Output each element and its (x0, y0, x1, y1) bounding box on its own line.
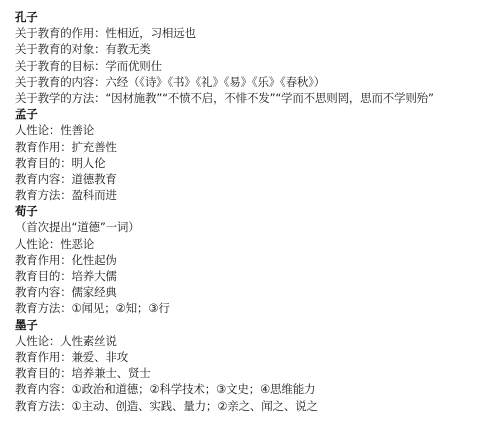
document-body: 孔子 关于教育的作用：性相近，习相远也 关于教育的对象：有教无类 关于教育的目标… (15, 9, 495, 414)
mozi-education-method: 教育方法：①主动、创造、实践、量力；②亲之、闻之、说之 (15, 398, 495, 414)
mozi-education-goal: 教育目的：培养兼士、贤士 (15, 365, 495, 381)
xunzi-human-nature: 人性论：性恶论 (15, 236, 495, 252)
xunzi-education-function: 教育作用：化性起伪 (15, 252, 495, 268)
kongzi-education-content: 关于教育的内容：六经（《诗》《书》《礼》《易》《乐》《春秋》） (15, 74, 495, 90)
kongzi-education-goal: 关于教育的目标：学而优则仕 (15, 58, 495, 74)
mengzi-human-nature: 人性论：性善论 (15, 122, 495, 138)
section-title-kongzi: 孔子 (15, 9, 495, 25)
mozi-education-content: 教育内容：①政治和道德；②科学技术；③文史；④思维能力 (15, 381, 495, 397)
xunzi-note: （首次提出“道德”一词） (15, 219, 495, 235)
section-title-mengzi: 孟子 (15, 106, 495, 122)
mozi-education-function: 教育作用：兼爱、非攻 (15, 349, 495, 365)
kongzi-education-object: 关于教育的对象：有教无类 (15, 41, 495, 57)
mengzi-education-goal: 教育目的：明人伦 (15, 155, 495, 171)
xunzi-education-goal: 教育目的：培养大儒 (15, 268, 495, 284)
mengzi-education-content: 教育内容：道德教育 (15, 171, 495, 187)
xunzi-education-content: 教育内容：儒家经典 (15, 284, 495, 300)
kongzi-education-function: 关于教育的作用：性相近，习相远也 (15, 25, 495, 41)
kongzi-teaching-method: 关于教学的方法：“因材施教”“不愤不启，不悱不发”“学而不思则罔，思而不学则殆” (15, 90, 495, 106)
mozi-human-nature: 人性论：人性素丝说 (15, 333, 495, 349)
section-title-mozi: 墨子 (15, 317, 495, 333)
mengzi-education-method: 教育方法：盈科而进 (15, 187, 495, 203)
section-title-xunzi: 荀子 (15, 203, 495, 219)
mengzi-education-function: 教育作用：扩充善性 (15, 139, 495, 155)
xunzi-education-method: 教育方法：①闻见；②知；③行 (15, 300, 495, 316)
